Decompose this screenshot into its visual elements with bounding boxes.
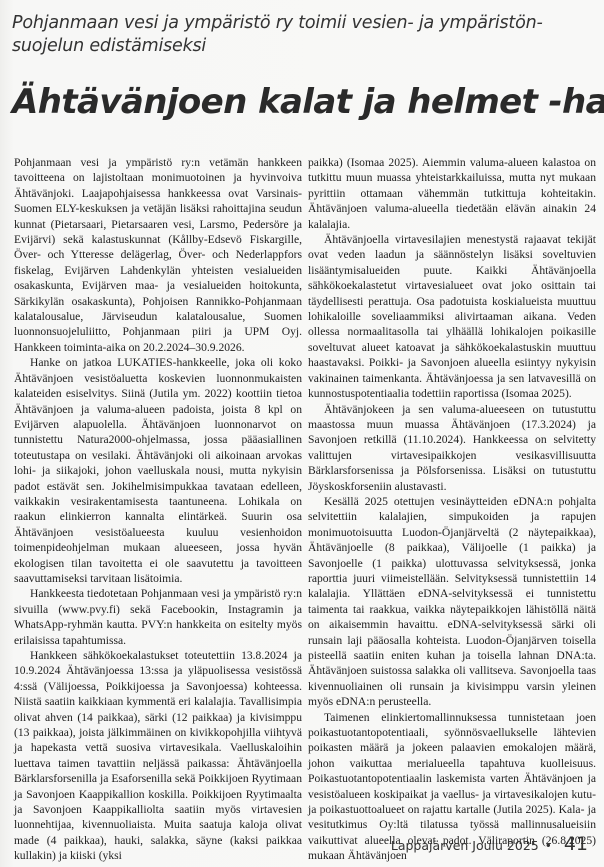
magazine-name: Lappajärven Joulu 2025 <box>391 838 539 853</box>
paragraph: Hankkeesta tiedotetaan Pohjanmaan vesi j… <box>14 586 302 648</box>
article-kicker: Pohjanmaan vesi ja ympäristö ry toimii v… <box>12 12 592 58</box>
bullet-separator: • <box>545 839 552 853</box>
left-column: Pohjanmaan vesi ja ympäristö ry:n vetämä… <box>14 155 302 864</box>
paragraph: Kesällä 2025 otettujen vesinäytteiden eD… <box>308 494 596 710</box>
paragraph: Ähtävänjokeen ja sen valuma-alueeseen on… <box>308 402 596 494</box>
article-title: Ähtävänjoen kalat ja helmet -hanke <box>12 80 602 124</box>
paragraph: Hanke on jatkoa LUKATIES-hankkeelle, jok… <box>14 355 302 586</box>
paragraph: Hankkeen sähkökoekalastukset toteutettii… <box>14 648 302 864</box>
paragraph: paikka) (Isomaa 2025). Aiemmin valuma-al… <box>308 155 596 232</box>
paragraph: Pohjanmaan vesi ja ympäristö ry:n vetämä… <box>14 155 302 355</box>
page-footer: Lappajärven Joulu 2025 • 41 <box>391 833 588 855</box>
magazine-page: Pohjanmaan vesi ja ympäristö ry toimii v… <box>0 0 604 867</box>
paragraph: Ähtävänjoella virtavesilajien menestystä… <box>308 232 596 401</box>
right-column: paikka) (Isomaa 2025). Aiemmin valuma-al… <box>308 155 596 864</box>
page-number: 41 <box>564 833 588 855</box>
